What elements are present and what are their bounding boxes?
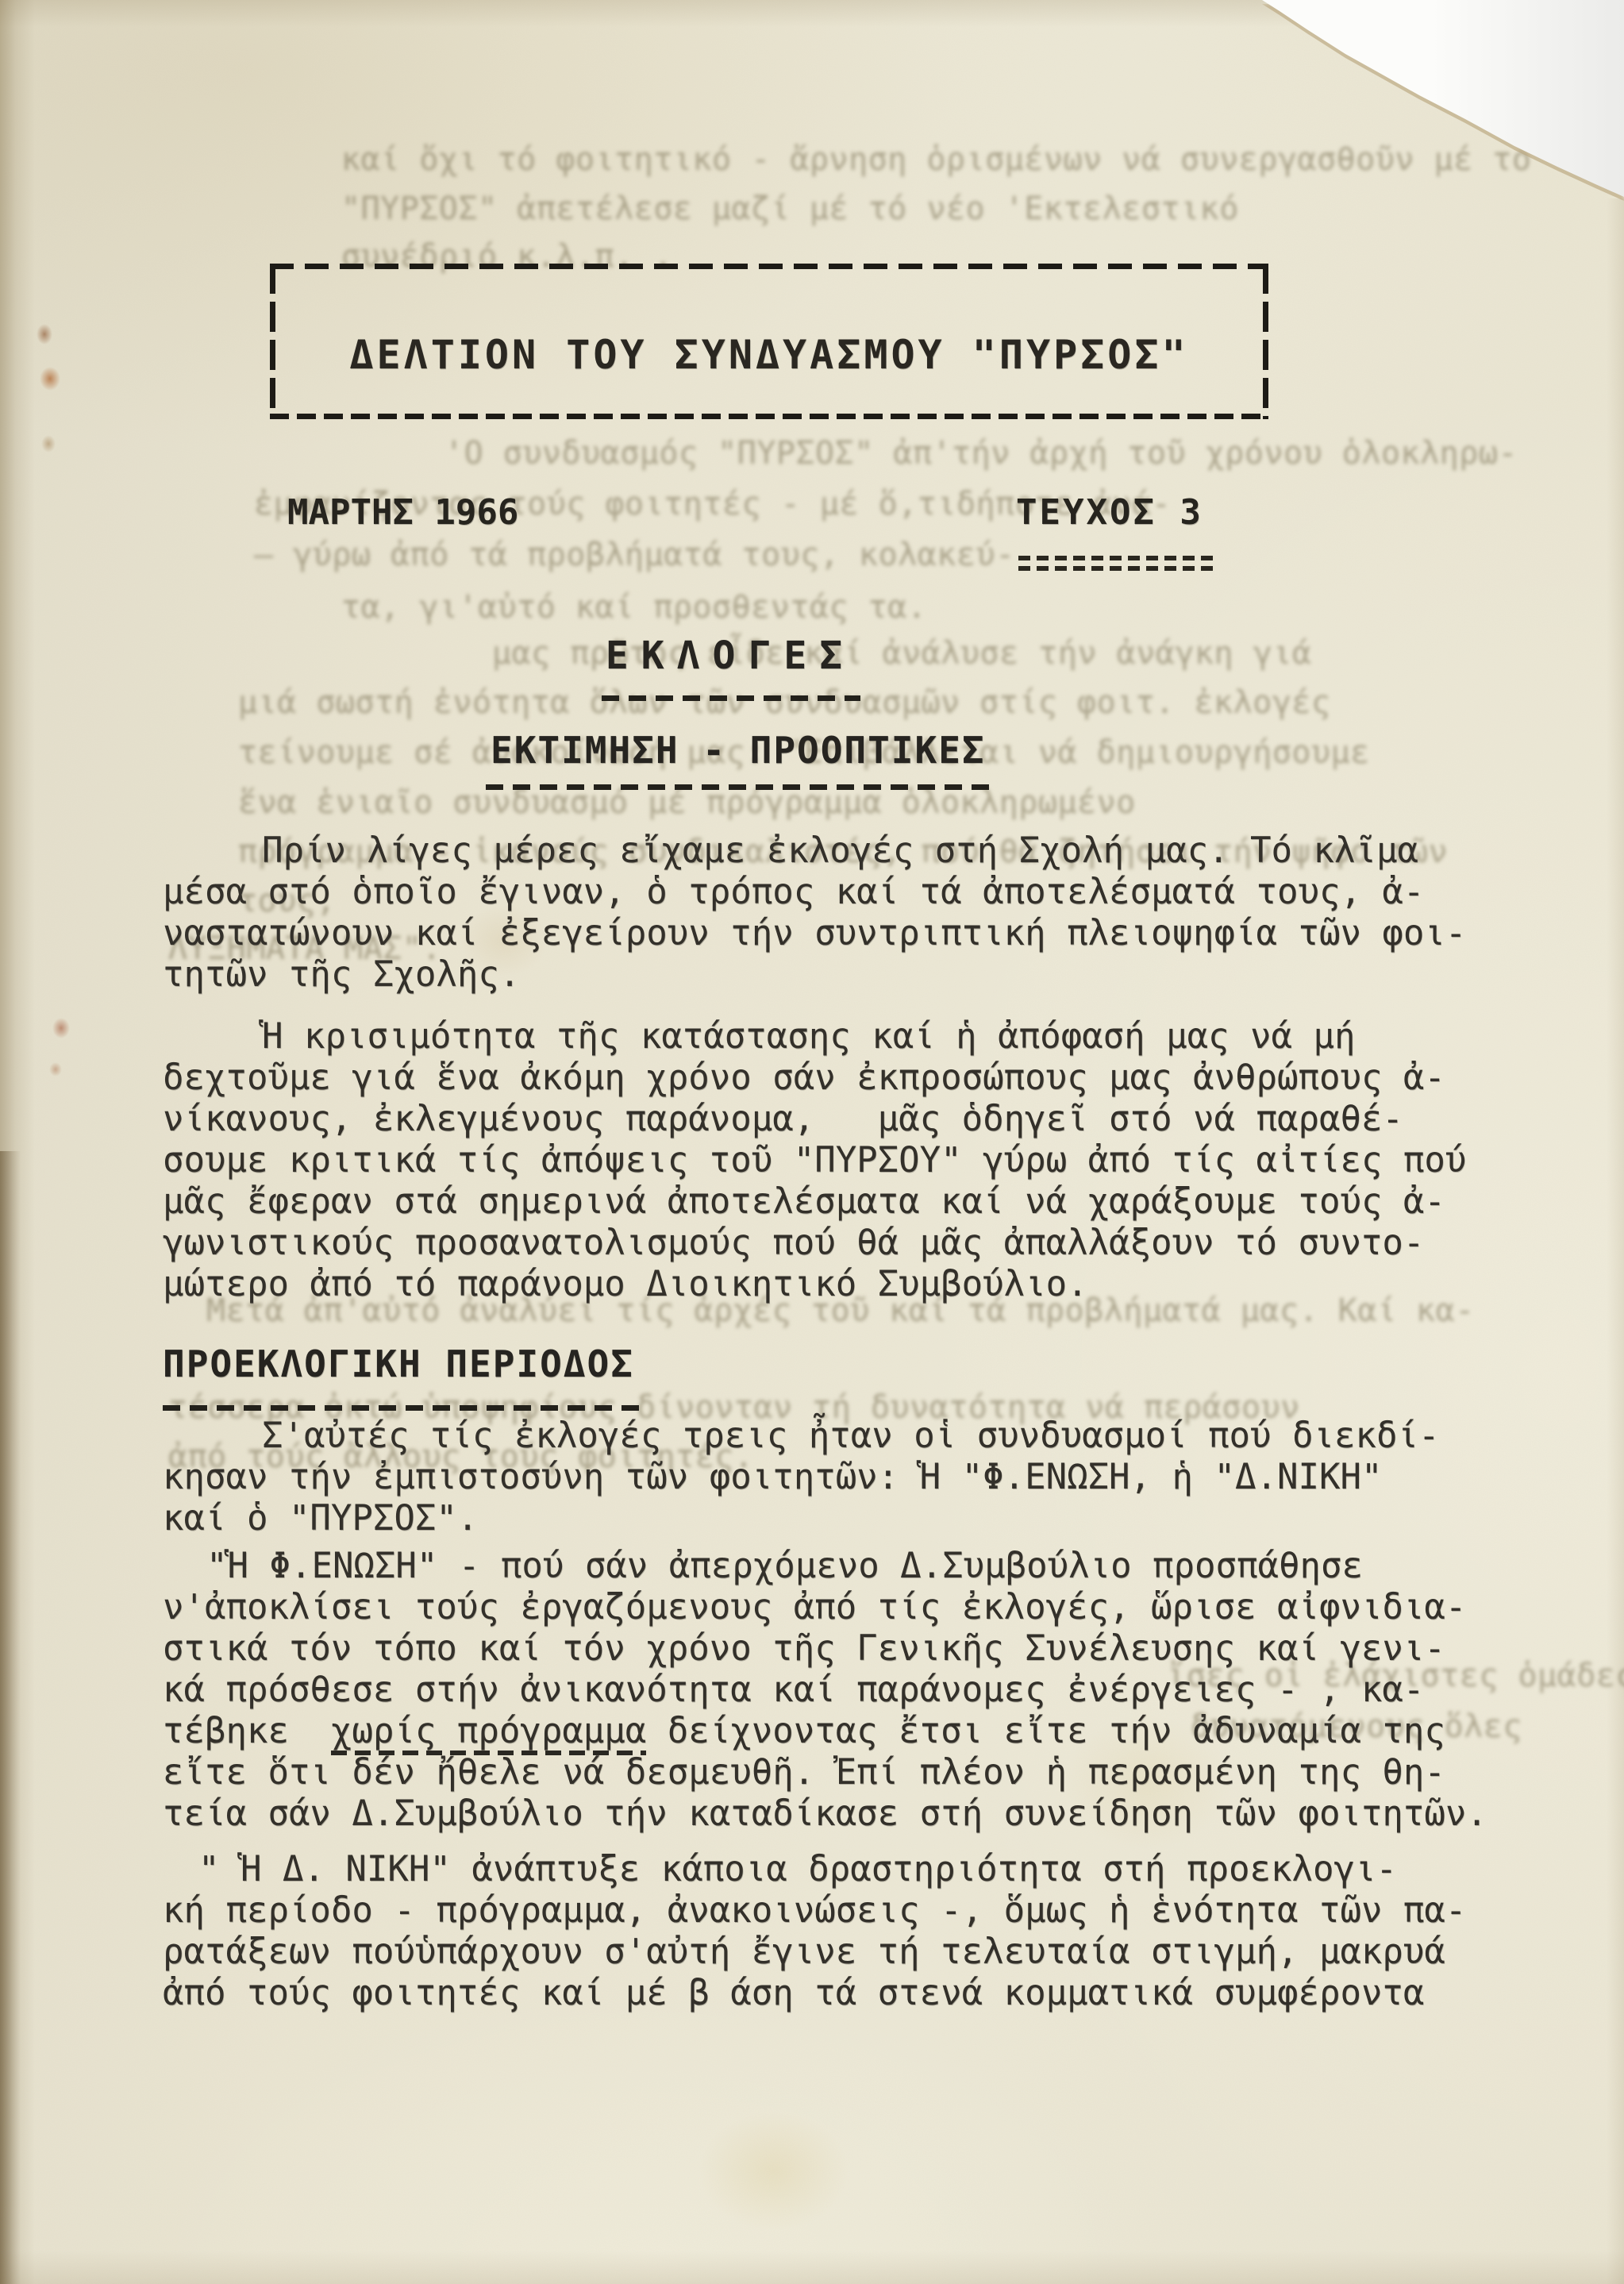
paragraph-line: ναστατώνουν καί ἐξεγείρουν τήν συντριπτι… (163, 913, 1488, 954)
dashed-border-top (270, 264, 1268, 269)
paragraph: "Ἡ Φ.ΕΝΩΣΗ" - πού σάν ἀπερχόμενο Δ.Συμβο… (163, 1546, 1488, 1835)
article-subtitle-underline (486, 784, 997, 790)
paragraph-line: νίκανους, ἐκλεγμένους παράνομα, μᾶς ὁδηγ… (163, 1099, 1488, 1140)
paragraph-line: κησαν τήν ἐμπιστοσύνη τῶν φοιτητῶν: Ἡ "Φ… (163, 1457, 1488, 1498)
paragraph-line: ν'ἀποκλίσει τούς ἐργαζόμενους ἀπό τίς ἐκ… (163, 1587, 1488, 1628)
paragraph-line: σουμε κριτικά τίς ἀπόψεις τοῦ "ΠΥΡΣΟΥ" γ… (163, 1140, 1488, 1181)
paragraph: " Ἡ Δ. ΝΙΚΗ" ἀνάπτυξε κάποια δραστηριότη… (163, 1849, 1488, 2014)
underlined-phrase: χωρίς πρόγραμμα (331, 1711, 646, 1755)
paragraph-line: τέβηκε χωρίς πρόγραμμα δείχνοντας ἔτσι ε… (163, 1711, 1488, 1752)
paragraph-line: τεία σάν Δ.Συμβούλιο τήν καταδίκασε στή … (163, 1793, 1488, 1835)
article-subtitle: ΕΚΤΙΜΗΣΗ - ΠΡΟΟΠΤΙΚΕΣ (491, 729, 986, 772)
section-heading-text: ΠΡΟΕΚΛΟΓΙΚΗ ΠΕΡΙΟΔΟΣ (163, 1343, 1488, 1385)
issue-date: ΜΑΡΤΗΣ 1966 (287, 492, 518, 533)
paragraph-line: μέσα στό ὁποῖο ἔγιναν, ὁ τρόπος καί τά ἀ… (163, 872, 1488, 913)
masthead-title: ΔΕΛΤΙΟΝ ΤΟΥ ΣΥΝΔΥΑΣΜΟΥ "ΠΥΡΣΟΣ" (270, 332, 1268, 378)
paragraph-line: δεχτοῦμε γιά ἕνα ἀκόμη χρόνο σάν ἐκπροσώ… (163, 1057, 1488, 1099)
dashed-border-bottom (270, 414, 1268, 419)
paragraph-line: τητῶν τῆς Σχολῆς. (163, 954, 1488, 996)
section-heading: ΠΡΟΕΚΛΟΓΙΚΗ ΠΕΡΙΟΔΟΣ (163, 1343, 1488, 1411)
paragraph-line: κή περίοδο - πρόγραμμα, ἀνακοινώσεις -, … (163, 1890, 1488, 1932)
paragraph-line: μᾶς ἔφεραν στά σημερινά ἀποτελέσματα καί… (163, 1181, 1488, 1223)
article-body: Πρίν λίγες μέρες εἴχαμε ἐκλογές στή Σχολ… (163, 830, 1488, 2014)
section-heading-underline (163, 1405, 639, 1411)
paragraph: Πρίν λίγες μέρες εἴχαμε ἐκλογές στή Σχολ… (163, 830, 1488, 996)
paragraph-line: καί ὁ "ΠΥΡΣΟΣ". (163, 1498, 1488, 1539)
paragraph-line: Ἡ κρισιμότητα τῆς κατάστασης καί ἡ ἀπόφα… (163, 1016, 1488, 1057)
paragraph-line: μώτερο ἀπό τό παράνομο Διοικητικό Συμβού… (163, 1264, 1488, 1305)
paragraph-line: εἴτε ὅτι δέν ἤθελε νά δεσμευθῆ. Ἐπί πλέο… (163, 1752, 1488, 1793)
article-title: ΕΚΛΟΓΕΣ (508, 634, 952, 678)
masthead-box: ΔΕΛΤΙΟΝ ΤΟΥ ΣΥΝΔΥΑΣΜΟΥ "ΠΥΡΣΟΣ" (270, 264, 1268, 419)
scanned-bulletin-page: καί ὄχι τό φοιτητικό - ἄρνηση ὁρισμένων … (0, 0, 1624, 2284)
paragraph-line: στικά τόν τόπο καί τόν χρόνο τῆς Γενικῆς… (163, 1628, 1488, 1670)
paragraph-line: γωνιστικούς προσανατολισμούς πού θά μᾶς … (163, 1223, 1488, 1264)
issue-number: ΤΕΥΧΟΣ 3 (1016, 492, 1203, 533)
paragraph-line: Πρίν λίγες μέρες εἴχαμε ἐκλογές στή Σχολ… (163, 830, 1488, 872)
article-title-underline (602, 695, 860, 701)
paragraph-line: ρατάξεων πούὑπάρχουν σ'αὐτή ἔγινε τή τελ… (163, 1932, 1488, 1973)
paragraph: Σ'αὐτές τίς ἐκλογές τρεις ἦταν οἱ συνδυα… (163, 1415, 1488, 1539)
paragraph-line: " Ἡ Δ. ΝΙΚΗ" ἀνάπτυξε κάποια δραστηριότη… (163, 1849, 1488, 1890)
issue-number-underline (1018, 556, 1218, 576)
paragraph-line: Σ'αὐτές τίς ἐκλογές τρεις ἦταν οἱ συνδυα… (163, 1415, 1488, 1457)
paragraph-line: "Ἡ Φ.ΕΝΩΣΗ" - πού σάν ἀπερχόμενο Δ.Συμβο… (163, 1546, 1488, 1587)
page-content: ΔΕΛΤΙΟΝ ΤΟΥ ΣΥΝΔΥΑΣΜΟΥ "ΠΥΡΣΟΣ" ΜΑΡΤΗΣ 1… (0, 0, 1624, 2284)
paragraph-line: ἀπό τούς φοιτητές καί μέ β άση τά στενά … (163, 1973, 1488, 2014)
paragraph: Ἡ κρισιμότητα τῆς κατάστασης καί ἡ ἀπόφα… (163, 1016, 1488, 1305)
paragraph-line: κά πρόσθεσε στήν ἀνικανότητα καί παράνομ… (163, 1670, 1488, 1711)
